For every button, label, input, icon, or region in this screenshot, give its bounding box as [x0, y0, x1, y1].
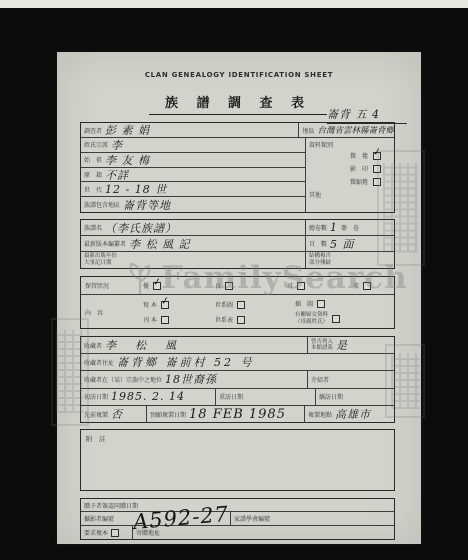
prior-copy-label: 先前複製 [84, 410, 108, 419]
poor-checkbox [363, 282, 371, 290]
donor-signature-cell: 贈予者簽認同贈日期 [81, 499, 138, 511]
option-poor: 劣 [353, 281, 371, 290]
table-row: 收藏者在（某）宗族中之地位 18世裔孫 介紹者 [81, 371, 394, 388]
table-row: 世 代 12 - 18 世 [81, 182, 305, 197]
left-column: 族譜名 （李氏族譜） 最新版本編纂者 李 松 風 記 最新出版年份大事記日期 [81, 220, 306, 268]
manuscript-checkbox [161, 301, 169, 309]
copy-date-value: 18 FEB 1985 [189, 407, 286, 422]
photographer-number-label: 攝影者編號 [84, 514, 114, 523]
left-column: 姓氏宗派 李 始 祖 李 友 梅 原 籍 不詳 世 代 12 - 18 世 族譜… [81, 138, 306, 212]
pedigree-chart-checkbox [237, 301, 245, 309]
followup-visit-label: 續訪日期 [319, 392, 343, 401]
genealogy-title-table: 族譜名 （李氏族譜） 最新版本編纂者 李 松 風 記 最新出版年份大事記日期 [80, 219, 395, 269]
content-label: 內 容 [81, 308, 143, 317]
notes-label: 附 註 [86, 434, 106, 443]
genealogy-title-label: 族譜名 [84, 223, 102, 232]
pages-label: 頁 數 [309, 239, 327, 248]
good-checkbox [225, 282, 233, 290]
areas-covered-label: 族譜包含地區 [84, 200, 120, 209]
women-data-item: 有關婦女資料（母親姓氏） [295, 312, 340, 325]
generations-label: 世 代 [84, 185, 102, 194]
keeper-label: 收藏者 [84, 341, 102, 350]
excellent-checkbox [153, 282, 161, 290]
investigator-label: 調查者 [84, 126, 102, 135]
identification-table: 調查者 彭 素 娟 地區 台灣省雲林縣崙背鄉 姓氏宗派 李 始 祖 李 友 梅 … [80, 122, 395, 213]
table-row: 族譜包含地區 崙背等地 [81, 197, 305, 212]
office-use-table: A592-27 贈予者簽認同贈日期 攝影者編號 家譜學會編號 要求複本 寄贈地址 [80, 498, 395, 540]
table-row: 頁 數 5 面 [306, 236, 394, 252]
surname-branch-label: 姓氏宗派 [84, 140, 108, 149]
table-body: 姓氏宗派 李 始 祖 李 友 梅 原 籍 不詳 世 代 12 - 18 世 族譜… [81, 138, 394, 212]
keeper-position-label: 收藏者在（某）宗族中之地位 [84, 375, 162, 384]
table-row: 贈予者簽認同贈日期 [81, 499, 394, 512]
keeper-position-value: 18世裔孫 [165, 371, 217, 387]
region-label: 地區 [302, 126, 314, 135]
region-value: 台灣省雲林縣崙背鄉 [317, 124, 394, 136]
table-row: 要求複本 寄贈地址 [81, 526, 394, 539]
material-option-microfiche: 微縮捲 [309, 175, 391, 188]
option-good: 良 [215, 281, 287, 290]
scanner-edge-strip [0, 0, 468, 8]
copy-place-value: 高雄市 [335, 406, 371, 422]
table-row: 調查者 彭 素 娟 地區 台灣省雲林縣崙背鄉 [81, 123, 394, 138]
manuscript-item: 寫 本 [143, 300, 215, 309]
photocopy-label: 影 印 [350, 164, 368, 173]
compiler-value: 李 松 風 記 [129, 236, 191, 252]
table-row: 收藏者 李 松 風 曾否列入本館譜系 是 [81, 337, 394, 354]
keeper-address-cell: 收藏者住址 崙背鄉 崙前村 52 号 [81, 354, 255, 370]
condition-content-table: 保管狀況 優 良 可 劣 內 容 寫 本 [80, 276, 395, 329]
table-row: 攝影者編號 家譜學會編號 [81, 512, 394, 526]
generations-value: 12 - 18 世 [105, 181, 167, 197]
listed-label: 曾否列入本館譜系 [311, 339, 333, 352]
pedigree-table-item: 世系表 [215, 315, 295, 324]
english-title: CLAN GENEALOGY IDENTIFICATION SHEET [57, 71, 421, 79]
origin-value: 不詳 [105, 167, 129, 183]
investigator-cell: 調查者 彭 素 娟 [81, 123, 299, 137]
microfilm-label: 微 捲 [350, 151, 368, 160]
printed-item: 刊 本 [143, 315, 215, 324]
chinese-title: 族 譜 調 查 表 [149, 92, 327, 115]
keeper-address-value: 崙背鄉 崙前村 52 号 [117, 354, 255, 370]
introducer-label: 介紹者 [311, 375, 329, 384]
keeper-position-cell: 收藏者在（某）宗族中之地位 18世裔孫 [81, 371, 308, 387]
copy-place-label: 複製地點 [308, 410, 332, 419]
pedigree-chart-item: 世系圖 [215, 300, 295, 309]
followup-visit-cell: 續訪日期 [316, 389, 394, 405]
table-row: 初訪日期 1985. 2. 14 重訪日期 續訪日期 [81, 389, 394, 406]
request-copy-cell: 要求複本 [81, 526, 133, 539]
copy-date-label: 預願複製日期 [150, 410, 186, 419]
pedigree-table-checkbox [237, 316, 245, 324]
request-copy-label: 要求複本 [84, 528, 108, 537]
keeper-value: 李 松 風 [105, 337, 180, 353]
genealogy-title-value: （李氏族譜） [105, 220, 177, 236]
prior-copy-cell: 先前複製 否 [81, 406, 147, 423]
material-option-microfilm: 微 捲 [309, 149, 391, 162]
region-cell: 地區 台灣省雲林縣崙背鄉 [299, 123, 394, 137]
table-row: 最新出版年份大事記日期 [81, 252, 305, 267]
listed-value: 是 [336, 337, 348, 353]
table-row: 始 祖 李 友 梅 [81, 153, 305, 168]
page-note-handwritten: 崙背 五 4 [327, 103, 407, 124]
first-ancestor-value: 李 友 梅 [105, 152, 150, 168]
option-fair: 可 [287, 281, 353, 290]
table-row: 先前複製 否 預願複製日期 18 FEB 1985 複製地點 高雄市 [81, 406, 394, 423]
table-row: 總卷數 1 冊 卷 [306, 220, 394, 236]
donor-signature-label: 贈予者簽認同贈日期 [84, 501, 138, 510]
material-type-box: 資料類別 微 捲 影 印 微縮捲 其他 [306, 138, 394, 212]
microfiche-checkbox [373, 178, 381, 186]
keeper-cell: 收藏者 李 松 風 [81, 337, 308, 353]
content-col-1: 寫 本 刊 本 [143, 295, 215, 329]
material-option-photocopy: 影 印 [309, 162, 391, 175]
introducer-cell: 介紹者 [308, 371, 332, 387]
surname-branch-value: 李 [111, 137, 123, 153]
content-col-2: 世系圖 世系表 [215, 295, 295, 329]
origin-label: 原 籍 [84, 170, 102, 179]
microfiche-label: 微縮捲 [350, 177, 368, 186]
volumes-value: 1 [330, 221, 338, 234]
binding-condition-label: 結構複否部分殘缺 [309, 253, 331, 266]
prior-copy-value: 否 [111, 406, 123, 422]
table-row: 原 籍 不詳 [81, 168, 305, 183]
photocopy-checkbox [373, 165, 381, 173]
volumes-suffix: 冊 卷 [341, 223, 359, 232]
copy-date-cell: 預願複製日期 18 FEB 1985 [147, 406, 305, 423]
compiler-label: 最新版本編纂者 [84, 239, 126, 248]
revisit-cell: 重訪日期 [216, 389, 316, 405]
society-number-label: 家譜學會編號 [234, 514, 270, 523]
notes-box: 附 註 [80, 429, 395, 491]
society-number-cell: 家譜學會編號 [231, 512, 270, 525]
other-label: 其他 [309, 190, 321, 199]
publication-date-label: 最新出版年份大事記日期 [84, 253, 117, 266]
printed-checkbox [161, 316, 169, 324]
option-excellent: 優 [143, 281, 215, 290]
table-row: 結構複否部分殘缺 [306, 252, 394, 267]
page-note-text: 崙背 五 4 [327, 108, 380, 121]
first-visit-value: 1985. 2. 14 [111, 390, 185, 403]
microfilm-checkbox [373, 152, 381, 160]
table-row: 最新版本編纂者 李 松 風 記 [81, 236, 305, 252]
first-visit-cell: 初訪日期 1985. 2. 14 [81, 389, 216, 405]
listed-cell: 曾否列入本館譜系 是 [308, 337, 348, 353]
illustrations-item: 插 圖 [295, 299, 340, 308]
fair-checkbox [297, 282, 305, 290]
first-ancestor-label: 始 祖 [84, 155, 102, 164]
volumes-label: 總卷數 [309, 223, 327, 232]
preservation-label: 保管狀況 [81, 281, 143, 290]
material-option-other: 其他 [309, 188, 391, 201]
keeper-address-label: 收藏者住址 [84, 358, 114, 367]
revisit-label: 重訪日期 [219, 392, 243, 401]
content-row: 內 容 寫 本 刊 本 世系圖 世系表 [81, 295, 394, 329]
areas-covered-value: 崙背等地 [123, 197, 171, 213]
table-row: 姓氏宗派 李 [81, 138, 305, 153]
right-column: 總卷數 1 冊 卷 頁 數 5 面 結構複否部分殘缺 [306, 220, 394, 268]
pages-value: 5 面 [330, 236, 355, 252]
preservation-row: 保管狀況 優 良 可 劣 [81, 277, 394, 295]
scanned-document-page: CLAN GENEALOGY IDENTIFICATION SHEET 族 譜 … [57, 52, 421, 544]
keeper-table: 收藏者 李 松 風 曾否列入本館譜系 是 收藏者住址 崙背鄉 崙前村 52 号 … [80, 336, 395, 423]
table-row: 族譜名 （李氏族譜） [81, 220, 305, 236]
first-visit-label: 初訪日期 [84, 392, 108, 401]
content-col-3: 插 圖 有關婦女資料（母親姓氏） [295, 295, 340, 329]
copy-place-cell: 複製地點 高雄市 [305, 406, 394, 423]
request-copy-checkbox [111, 529, 119, 537]
table-row: 收藏者住址 崙背鄉 崙前村 52 号 [81, 354, 394, 371]
women-data-checkbox [332, 315, 340, 323]
investigator-value: 彭 素 娟 [105, 122, 150, 138]
illustrations-checkbox [317, 300, 325, 308]
